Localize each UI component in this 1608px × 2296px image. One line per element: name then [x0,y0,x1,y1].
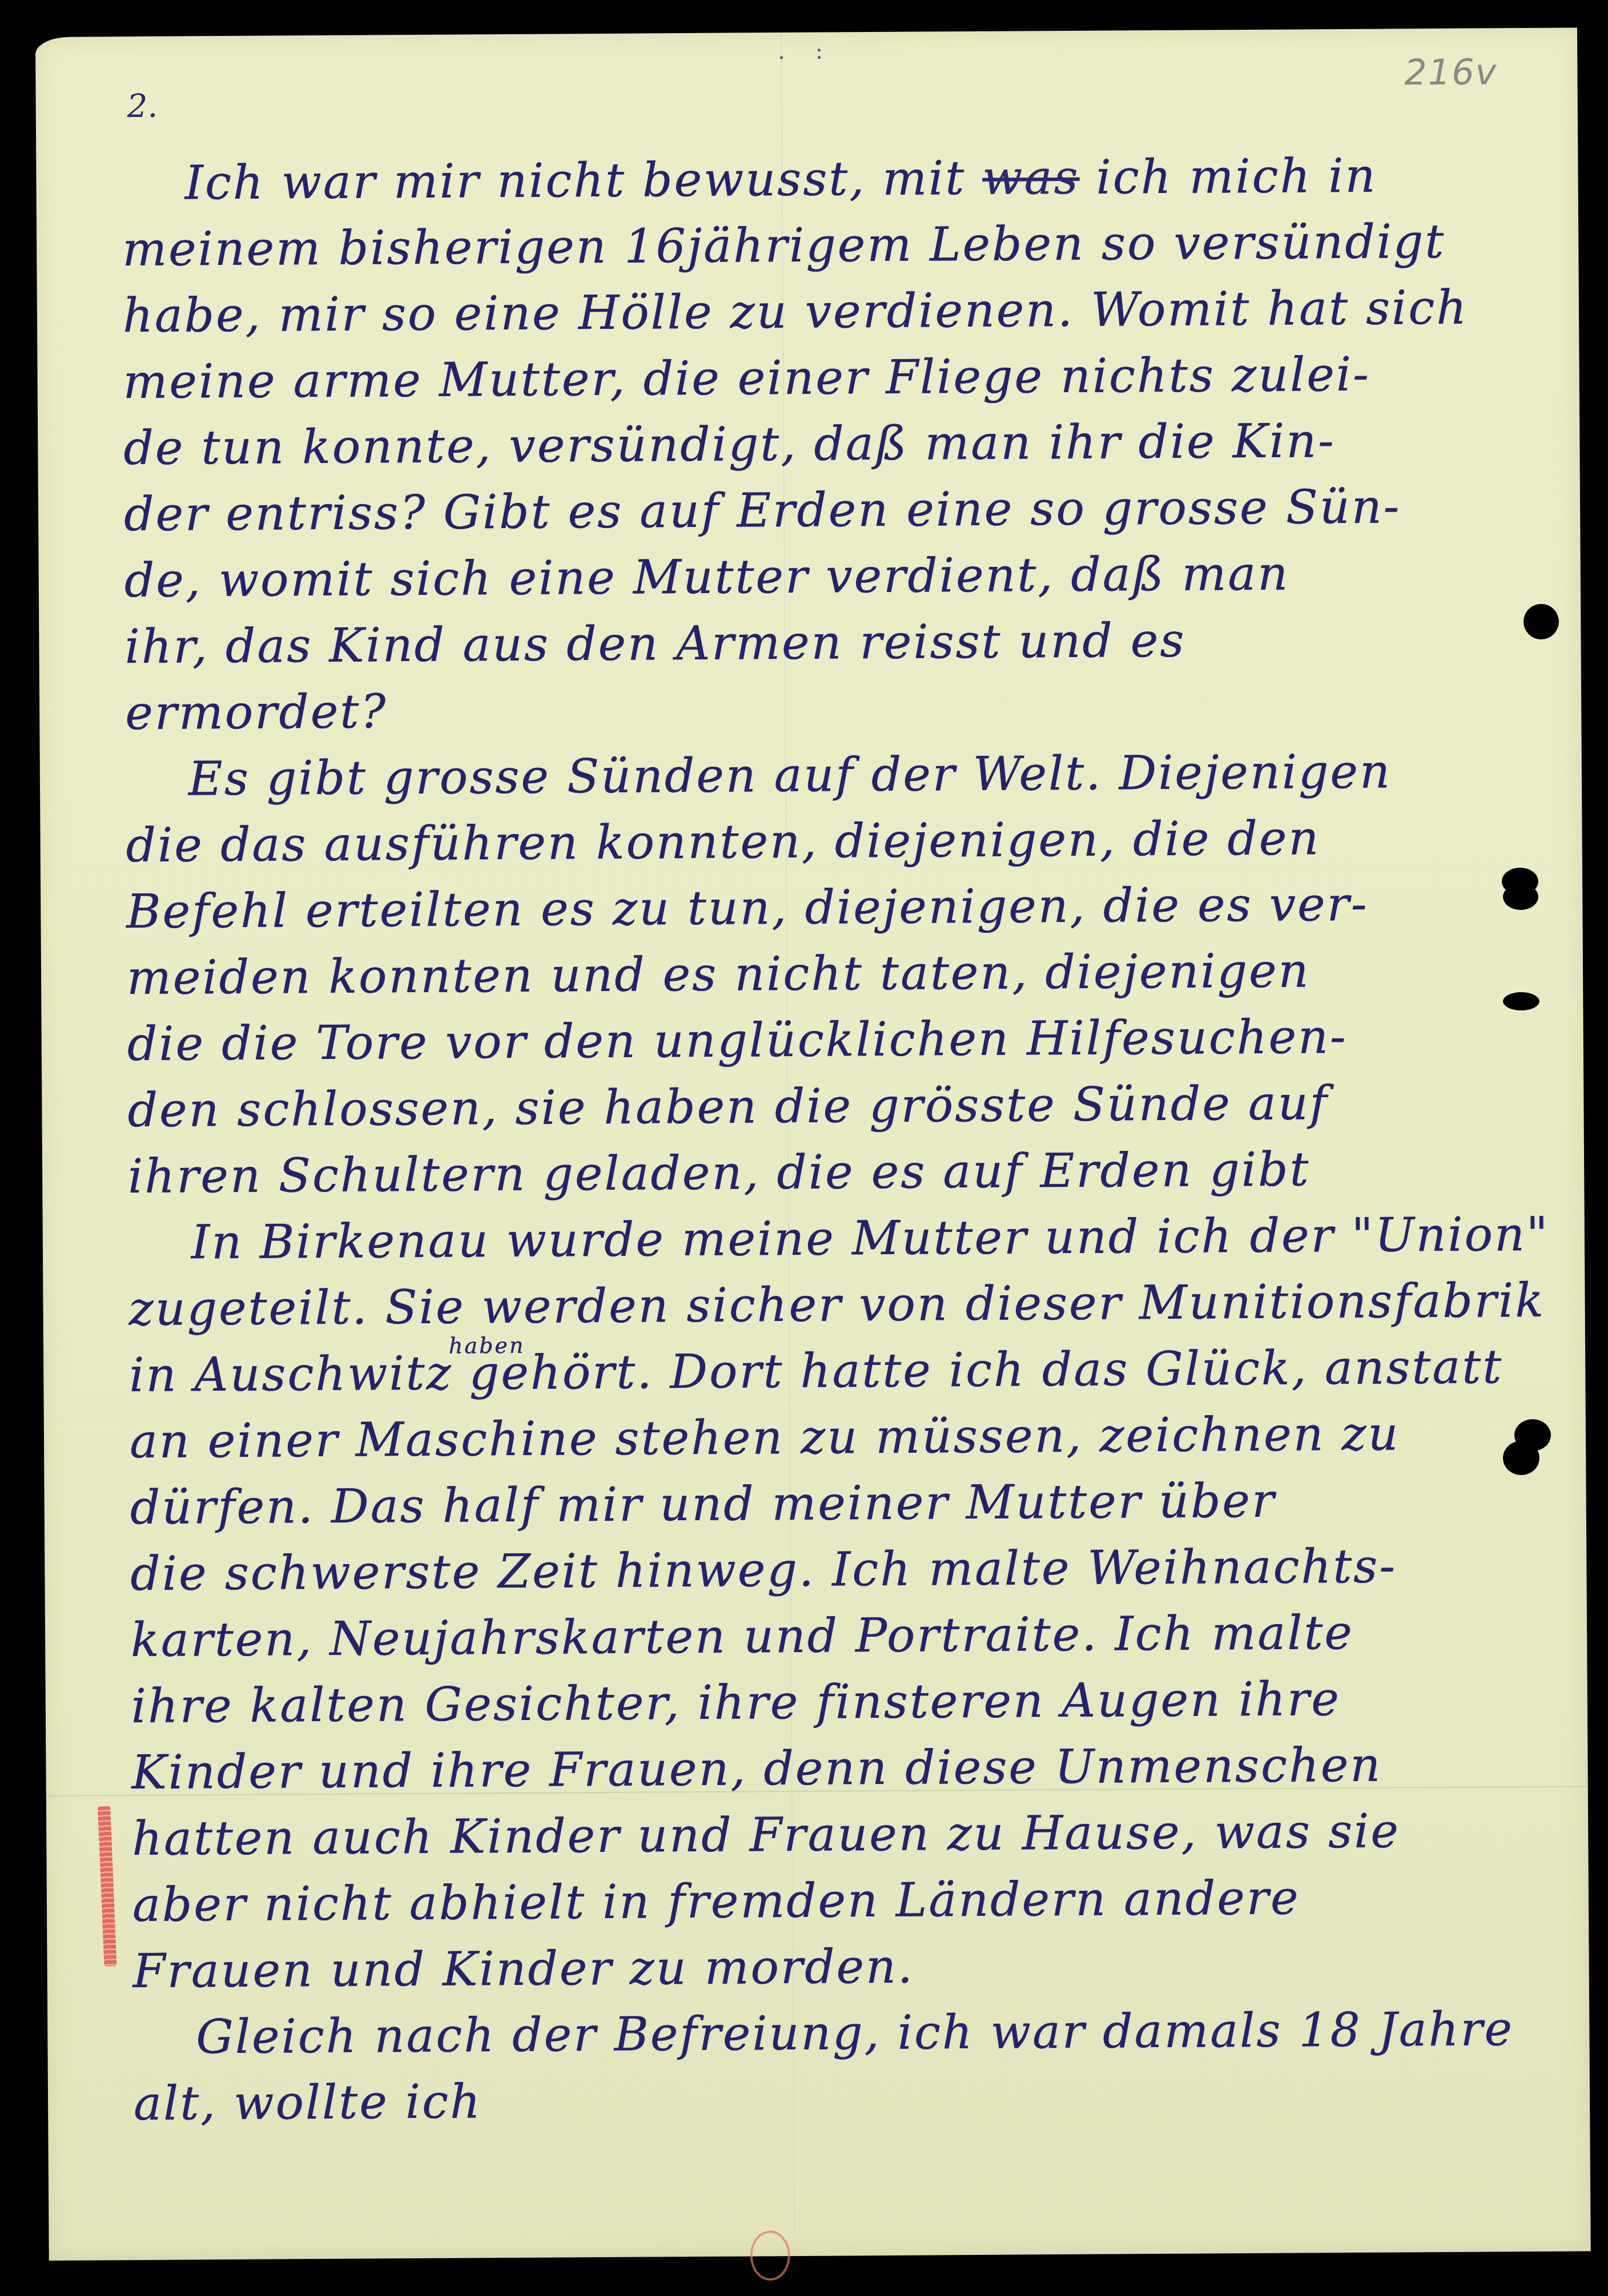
text-line-10: Es gibt grosse Sünden auf der Welt. Diej… [126,738,1542,813]
text-line-7: de, womit sich eine Mutter verdient, daß… [124,539,1541,614]
text-line-27: aber nicht abhielt in fremden Ländern an… [132,1864,1549,1939]
top-marks: . : [778,38,834,65]
line-text: Ich war mir nicht bewusst, mit [184,151,982,211]
text-line-17: In Birkenau wurde meine Mutter und ich d… [128,1202,1545,1276]
text-line-19: haben in Auschwitz gehört. Dort hatte ic… [129,1334,1546,1409]
text-line-15: den schlossen, sie haben die grösste Sün… [127,1069,1544,1144]
line-text: in Auschwitz gehört. Dort hatte ich das … [129,1340,1503,1403]
text-line-3: habe, mir so eine Hölle zu verdienen. Wo… [123,275,1539,349]
text-line-16: ihren Schultern geladen, die es auf Erde… [128,1135,1545,1210]
folio-number: 216v [1404,51,1497,93]
text-line-1: Ich war mir nicht bewusst, mit was ich m… [122,142,1538,217]
text-line-13: meiden konnten und es nicht taten, dieje… [127,937,1543,1012]
text-line-2: meinem bisherigen 16jährigem Leben so ve… [122,208,1539,283]
text-line-9: ermordet? [125,672,1542,747]
text-line-21: dürfen. Das half mir und meiner Mutter ü… [130,1467,1546,1541]
text-line-28: Frauen und Kinder zu morden. [132,1930,1549,2005]
inserted-word: haben [449,1335,525,1357]
punch-hole-4b [1503,1441,1539,1475]
text-line-30: alt, wollte ich [134,2063,1550,2137]
text-line-11: die das ausführen konnten, diejenigen, d… [126,804,1542,879]
text-line-14: die die Tore vor den unglücklichen Hilfe… [127,1003,1543,1078]
punch-hole-2b [1503,884,1538,910]
text-line-12: Befehl erteilten es zu tun, diejenigen, … [126,871,1543,945]
text-line-8: ihr, das Kind aus den Armen reisst und e… [124,606,1541,680]
text-line-5: de tun konnte, versündigt, daß man ihr d… [123,407,1540,482]
text-line-23: karten, Neujahrskarten und Portraite. Ic… [131,1599,1547,1674]
red-stamp-circle [750,2230,790,2281]
punch-hole-1 [1523,604,1559,639]
punch-hole-3 [1503,992,1539,1010]
page-number: 2. [127,88,158,125]
text-line-22: die schwerste Zeit hinweg. Ich malte Wei… [130,1533,1547,1608]
text-line-29: Gleich nach der Befreiung, ich war damal… [133,1996,1550,2071]
text-line-20: an einer Maschine stehen zu müssen, zeic… [130,1400,1546,1475]
red-margin-mark [98,1806,116,1967]
text-line-6: der entriss? Gibt es auf Erden eine so g… [124,473,1541,548]
letter-page: . : 216v 2. Ich war mir nicht bewusst, m… [35,28,1591,2261]
text-line-26: hatten auch Kinder und Frauen zu Hause, … [132,1798,1549,1872]
text-line-4: meine arme Mutter, die einer Fliege nich… [123,341,1539,416]
text-line-25: Kinder und ihre Frauen, denn diese Unmen… [131,1731,1548,1806]
letter-body: Ich war mir nicht bewusst, mit was ich m… [122,142,1550,2137]
text-line-24: ihre kalten Gesichter, ihre finsteren Au… [131,1665,1548,1740]
struck-word: was [982,151,1080,206]
line-text: ich mich in [1079,149,1377,205]
text-line-18: zugeteilt. Sie werden sicher von dieser … [128,1268,1545,1343]
